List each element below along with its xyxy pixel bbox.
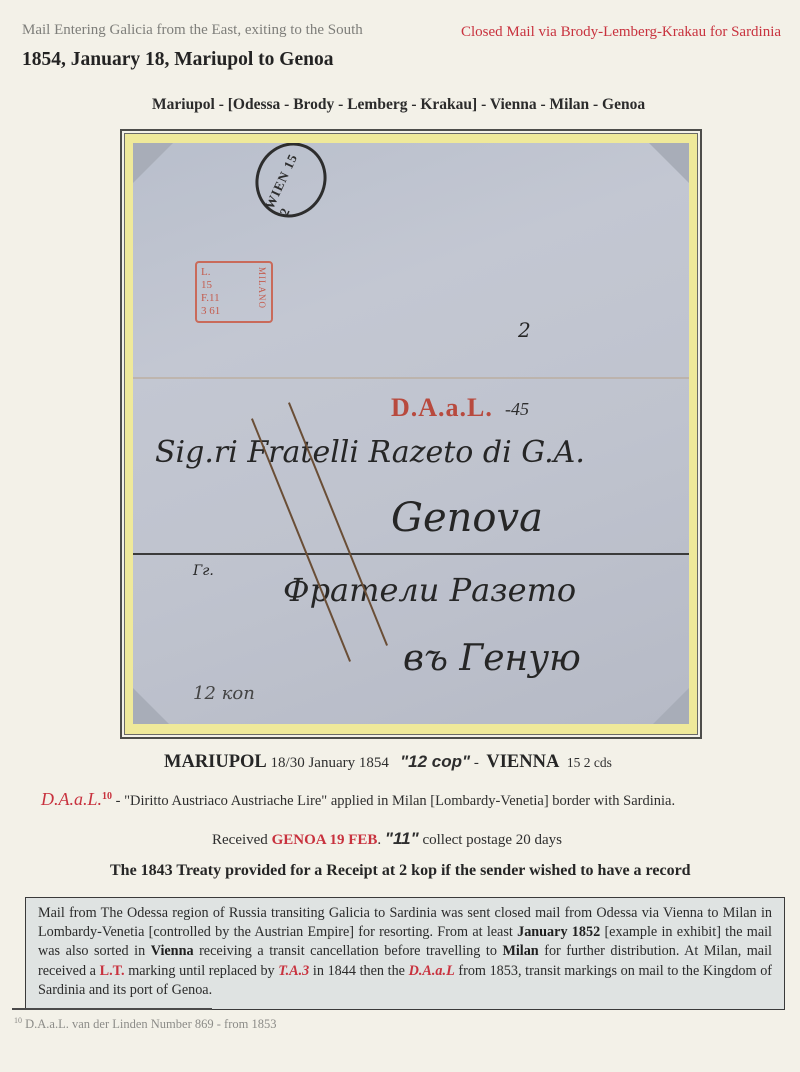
note-text: in 1844 then the <box>309 963 408 979</box>
page-title: 1854, January 18, Mariupol to Genoa <box>22 49 333 71</box>
russian-address-line-2: въ Геную <box>403 638 581 679</box>
address-prefix: Гг. <box>193 563 214 579</box>
postage-due: "11" <box>385 829 419 848</box>
transit-office: VIENNA <box>486 752 559 772</box>
note-text: receiving a transit cancellation before … <box>194 943 503 959</box>
address-underline <box>133 553 689 555</box>
rate-text: "12 cop" <box>400 752 470 771</box>
manuscript-rate-note: 12 коп <box>193 683 255 704</box>
origin-office: MARIUPOL <box>164 752 267 772</box>
cover-frame: WIEN 15 2 L. 15 F.11 3 61 MILANO 2 D.A.a… <box>120 129 702 739</box>
corner-fold <box>133 143 173 183</box>
footnote: 10 D.A.a.L. van der Linden Number 869 - … <box>14 1016 276 1032</box>
vienna-postmark-text: WIEN 15 2 <box>262 143 321 218</box>
received-prefix: Received <box>212 832 272 848</box>
note-emphasis: January 1852 <box>517 924 600 940</box>
footnote-number: 10 <box>14 1016 22 1025</box>
caption-daal: D.A.a.L.10 - "Diritto Austriaco Austriac… <box>41 789 675 810</box>
corner-fold <box>653 688 689 724</box>
note-marking-ta3: T.A.3 <box>278 963 309 979</box>
address-line-2: Genova <box>391 495 543 541</box>
destination-postmark: GENOA 19 FEB <box>272 832 378 848</box>
section-title: Mail Entering Galicia from the East, exi… <box>22 22 363 39</box>
received-detail: collect postage 20 days <box>419 832 562 848</box>
origin-date: 18/30 January 1854 <box>271 755 389 771</box>
caption-postmarks: MARIUPOL 18/30 January 1854 "12 cop" - V… <box>164 752 612 773</box>
explanatory-note: Mail from The Odessa region of Russia tr… <box>25 897 785 1010</box>
caption-received: Received GENOA 19 FEB. "11" collect post… <box>212 829 562 849</box>
caption-treaty: The 1843 Treaty provided for a Receipt a… <box>110 862 691 880</box>
cover-image: WIEN 15 2 L. 15 F.11 3 61 MILANO 2 D.A.a… <box>133 143 689 724</box>
corner-fold <box>649 143 689 183</box>
transit-detail: 15 2 cds <box>567 755 612 770</box>
daal-handstamp: D.A.a.L. <box>391 393 493 423</box>
note-marking-lt: L.T. <box>100 963 125 979</box>
daal-marking-label: D.A.a.L. <box>41 789 102 809</box>
footnote-text: D.A.a.L. van der Linden Number 869 - fro… <box>22 1017 276 1031</box>
manuscript-rate: -45 <box>505 399 529 420</box>
punctuation: . <box>377 832 385 848</box>
footnote-divider <box>12 1008 212 1010</box>
manuscript-mark: 2 <box>518 318 531 342</box>
note-emphasis: Vienna <box>151 943 194 959</box>
fold-crease <box>133 377 689 379</box>
address-line-1: Sig.ri Fratelli Razeto di G.A. <box>155 435 585 470</box>
cover-mat: WIEN 15 2 L. 15 F.11 3 61 MILANO 2 D.A.a… <box>124 133 698 735</box>
note-emphasis: Milan <box>502 943 538 959</box>
note-text: marking until replaced by <box>125 963 279 979</box>
category-title: Closed Mail via Brody-Lemberg-Krakau for… <box>461 24 781 41</box>
separator: - <box>474 755 479 771</box>
note-marking-daal: D.A.a.L <box>409 963 455 979</box>
footnote-ref[interactable]: 10 <box>102 791 112 802</box>
corner-fold <box>133 688 169 724</box>
vienna-postmark: WIEN 15 2 <box>243 143 339 229</box>
milan-boxed-postmark: L. 15 F.11 3 61 MILANO <box>195 261 273 323</box>
route-line: Mariupol - [Odessa - Brody - Lemberg - K… <box>152 96 645 114</box>
postmark-side-text: MILANO <box>255 267 268 309</box>
daal-description: - "Diritto Austriaco Austriache Lire" ap… <box>112 793 675 809</box>
